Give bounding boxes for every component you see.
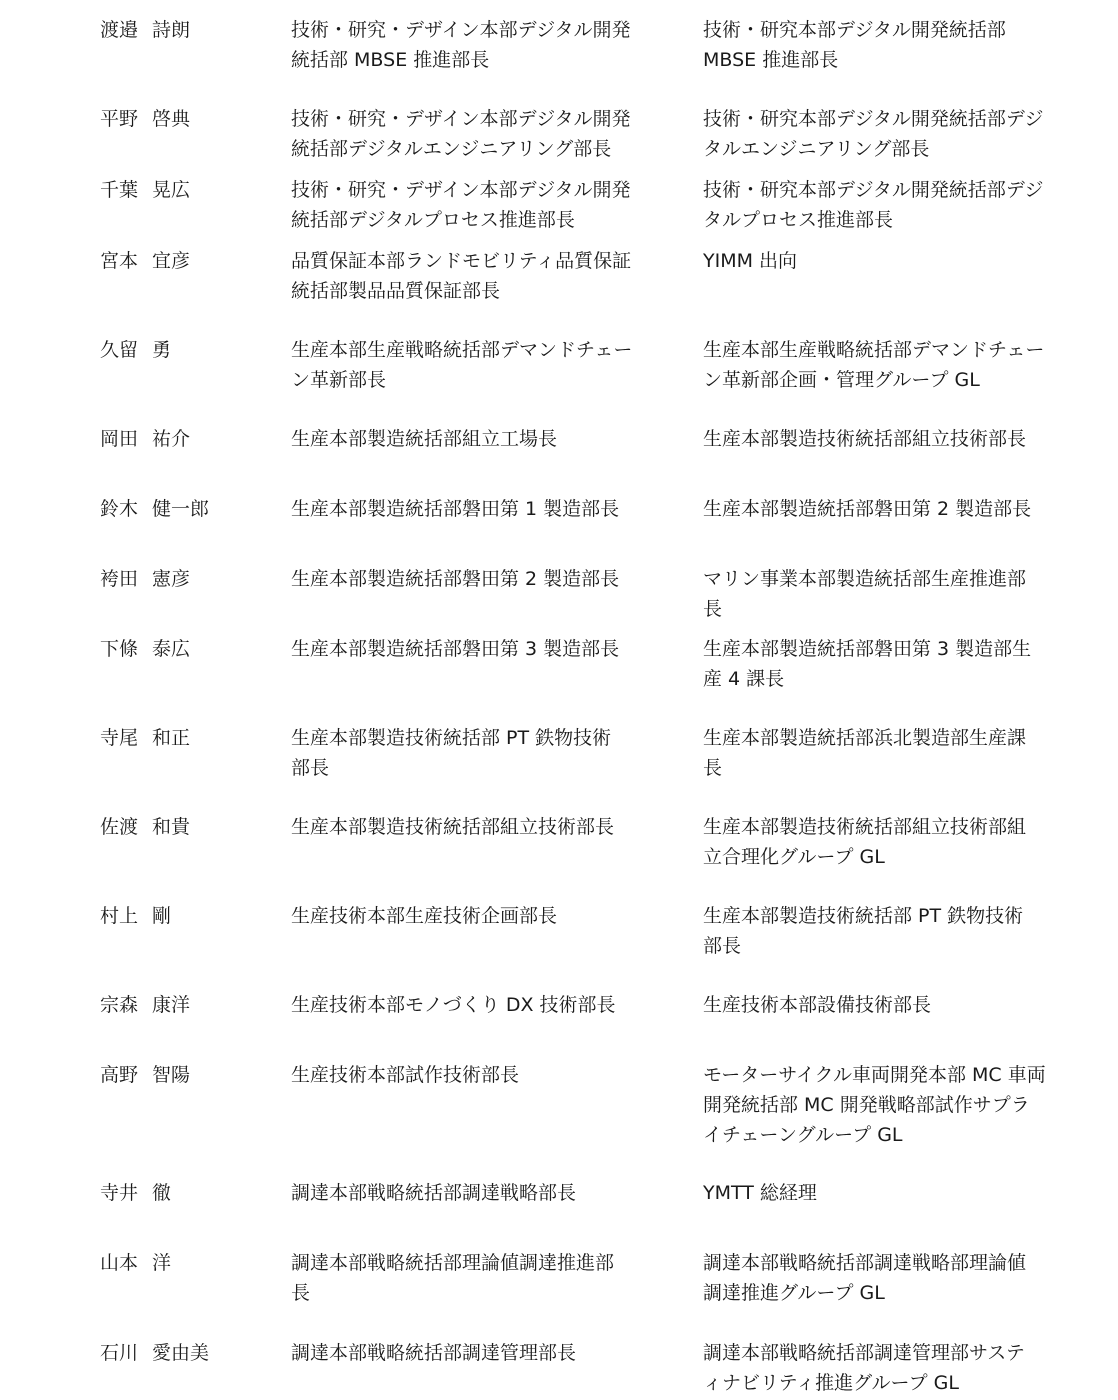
previous-position: 技術・研究・デザイン本部デジタル開発統括部デジタルプロセス推進部長 [291, 175, 683, 235]
previous-position-line: 生産技術本部試作技術部長 [291, 1060, 683, 1090]
given-name: 洋 [152, 1252, 171, 1274]
person-name: 渡邉詩朗 [100, 15, 280, 45]
previous-position-line: 品質保証本部ランドモビリティ品質保証 [291, 246, 683, 276]
given-name: 智陽 [152, 1064, 190, 1086]
previous-position-line: 部長 [291, 753, 683, 783]
given-name: 晃広 [152, 179, 190, 201]
new-position: 生産本部製造技術統括部組立技術部長 [703, 424, 1095, 484]
family-name: 石川 [100, 1342, 138, 1364]
previous-position-line: 生産本部製造技術統括部組立技術部長 [291, 812, 683, 842]
given-name: 憲彦 [152, 568, 190, 590]
previous-position-line: 調達本部戦略統括部調達戦略部長 [291, 1178, 683, 1208]
family-name: 村上 [100, 905, 138, 927]
new-position-line: 部長 [703, 931, 1095, 961]
new-position-line: 生産技術本部設備技術部長 [703, 990, 1095, 1020]
given-name: 愛由美 [152, 1342, 209, 1364]
previous-position: 調達本部戦略統括部調達戦略部長 [291, 1178, 683, 1238]
previous-position: 生産本部製造技術統括部 PT 鉄物技術部長 [291, 723, 683, 783]
family-name: 久留 [100, 339, 138, 361]
new-position-line: タルエンジニアリング部長 [703, 134, 1095, 164]
previous-position: 調達本部戦略統括部調達管理部長 [291, 1338, 683, 1398]
given-name: 勇 [152, 339, 171, 361]
previous-position-line [291, 931, 683, 961]
given-name: 啓典 [152, 108, 190, 130]
previous-position: 生産技術本部試作技術部長 [291, 1060, 683, 1150]
new-position-line: 調達推進グループ GL [703, 1278, 1095, 1308]
new-position: 技術・研究本部デジタル開発統括部MBSE 推進部長 [703, 15, 1095, 75]
given-name: 徹 [152, 1182, 171, 1204]
new-position: 技術・研究本部デジタル開発統括部デジタルエンジニアリング部長 [703, 104, 1095, 164]
previous-position-line [291, 1208, 683, 1238]
family-name: 岡田 [100, 428, 138, 450]
previous-position-line [291, 454, 683, 484]
previous-position-line [291, 524, 683, 554]
new-position: 生産本部製造統括部磐田第 2 製造部長 [703, 494, 1095, 554]
person-name: 岡田祐介 [100, 424, 280, 454]
given-name: 泰広 [152, 638, 190, 660]
new-position-line: 生産本部製造統括部浜北製造部生産課 [703, 723, 1095, 753]
person-name: 高野智陽 [100, 1060, 280, 1090]
previous-position: 生産本部製造統括部磐田第 1 製造部長 [291, 494, 683, 554]
new-position-line [703, 454, 1095, 484]
previous-position: 調達本部戦略統括部理論値調達推進部長 [291, 1248, 683, 1308]
new-position: 生産本部製造統括部浜北製造部生産課長 [703, 723, 1095, 783]
new-position-line: マリン事業本部製造統括部生産推進部 [703, 564, 1095, 594]
new-position: 生産本部製造技術統括部 PT 鉄物技術部長 [703, 901, 1095, 961]
family-name: 寺尾 [100, 727, 138, 749]
previous-position-line [291, 1120, 683, 1150]
previous-position-line: 生産本部製造統括部磐田第 3 製造部長 [291, 634, 683, 664]
new-position-line: YMTT 総経理 [703, 1178, 1095, 1208]
previous-position-line: 統括部デジタルプロセス推進部長 [291, 205, 683, 235]
previous-position-line: 生産本部製造統括部磐田第 1 製造部長 [291, 494, 683, 524]
family-name: 袴田 [100, 568, 138, 590]
new-position: マリン事業本部製造統括部生産推進部長 [703, 564, 1095, 624]
new-position-line: 技術・研究本部デジタル開発統括部デジ [703, 104, 1095, 134]
new-position: 調達本部戦略統括部調達管理部サスティナビリティ推進グループ GL [703, 1338, 1095, 1398]
family-name: 佐渡 [100, 816, 138, 838]
previous-position-line: 統括部製品品質保証部長 [291, 276, 683, 306]
new-position: 生産本部製造統括部磐田第 3 製造部生産 4 課長 [703, 634, 1095, 694]
person-name: 鈴木健一郎 [100, 494, 280, 524]
new-position-line [703, 276, 1095, 306]
new-position: モーターサイクル車両開発本部 MC 車両開発統括部 MC 開発戦略部試作サプライ… [703, 1060, 1095, 1150]
given-name: 健一郎 [152, 498, 209, 520]
previous-position-line [291, 1090, 683, 1120]
person-name: 宮本宜彦 [100, 246, 280, 276]
previous-position-line: 調達本部戦略統括部理論値調達推進部 [291, 1248, 683, 1278]
new-position-line: 生産本部製造技術統括部組立技術部長 [703, 424, 1095, 454]
previous-position: 技術・研究・デザイン本部デジタル開発統括部 MBSE 推進部長 [291, 15, 683, 75]
previous-position: 品質保証本部ランドモビリティ品質保証統括部製品品質保証部長 [291, 246, 683, 306]
new-position-line: 生産本部製造統括部磐田第 3 製造部生 [703, 634, 1095, 664]
person-name: 袴田憲彦 [100, 564, 280, 594]
new-position: YMTT 総経理 [703, 1178, 1095, 1238]
previous-position: 生産技術本部モノづくり DX 技術部長 [291, 990, 683, 1050]
family-name: 鈴木 [100, 498, 138, 520]
previous-position-line: ン革新部長 [291, 365, 683, 395]
new-position-line: 調達本部戦略統括部調達戦略部理論値 [703, 1248, 1095, 1278]
previous-position-line [291, 1020, 683, 1050]
previous-position-line [291, 842, 683, 872]
previous-position-line: 統括部デジタルエンジニアリング部長 [291, 134, 683, 164]
family-name: 宮本 [100, 250, 138, 272]
family-name: 渡邉 [100, 19, 138, 41]
new-position-line: 生産本部製造技術統括部 PT 鉄物技術 [703, 901, 1095, 931]
person-name: 石川愛由美 [100, 1338, 280, 1368]
new-position-line: 生産本部製造統括部磐田第 2 製造部長 [703, 494, 1095, 524]
given-name: 詩朗 [152, 19, 190, 41]
given-name: 康洋 [152, 994, 190, 1016]
new-position: 生産本部製造技術統括部組立技術部組立合理化グループ GL [703, 812, 1095, 872]
new-position-line: ン革新部企画・管理グループ GL [703, 365, 1095, 395]
given-name: 和貴 [152, 816, 190, 838]
previous-position: 生産本部製造統括部磐田第 2 製造部長 [291, 564, 683, 624]
new-position-line: ィナビリティ推進グループ GL [703, 1368, 1095, 1398]
new-position-line: タルプロセス推進部長 [703, 205, 1095, 235]
previous-position: 生産本部製造技術統括部組立技術部長 [291, 812, 683, 872]
new-position-line: イチェーングループ GL [703, 1120, 1095, 1150]
previous-position: 技術・研究・デザイン本部デジタル開発統括部デジタルエンジニアリング部長 [291, 104, 683, 164]
previous-position-line: 生産本部製造技術統括部 PT 鉄物技術 [291, 723, 683, 753]
person-name: 下條泰広 [100, 634, 280, 664]
previous-position-line [291, 594, 683, 624]
previous-position-line: 長 [291, 1278, 683, 1308]
previous-position: 生産本部製造統括部組立工場長 [291, 424, 683, 484]
previous-position-line: 生産本部製造統括部磐田第 2 製造部長 [291, 564, 683, 594]
previous-position: 生産本部生産戦略統括部デマンドチェーン革新部長 [291, 335, 683, 395]
previous-position-line: 生産本部生産戦略統括部デマンドチェー [291, 335, 683, 365]
person-name: 千葉晃広 [100, 175, 280, 205]
previous-position-line: 生産技術本部モノづくり DX 技術部長 [291, 990, 683, 1020]
new-position-line: 生産本部生産戦略統括部デマンドチェー [703, 335, 1095, 365]
given-name: 和正 [152, 727, 190, 749]
person-name: 久留勇 [100, 335, 280, 365]
new-position: 調達本部戦略統括部調達戦略部理論値調達推進グループ GL [703, 1248, 1095, 1308]
person-name: 平野啓典 [100, 104, 280, 134]
new-position-line: 長 [703, 594, 1095, 624]
previous-position-line [291, 1368, 683, 1398]
previous-position-line [291, 664, 683, 694]
previous-position-line: 生産技術本部生産技術企画部長 [291, 901, 683, 931]
new-position: 技術・研究本部デジタル開発統括部デジタルプロセス推進部長 [703, 175, 1095, 235]
family-name: 山本 [100, 1252, 138, 1274]
previous-position-line: 技術・研究・デザイン本部デジタル開発 [291, 175, 683, 205]
new-position-line: 産 4 課長 [703, 664, 1095, 694]
family-name: 宗森 [100, 994, 138, 1016]
new-position: 生産本部生産戦略統括部デマンドチェーン革新部企画・管理グループ GL [703, 335, 1095, 395]
new-position-line: 開発統括部 MC 開発戦略部試作サプラ [703, 1090, 1095, 1120]
person-name: 佐渡和貴 [100, 812, 280, 842]
new-position-line: モーターサイクル車両開発本部 MC 車両 [703, 1060, 1095, 1090]
new-position-line: 生産本部製造技術統括部組立技術部組 [703, 812, 1095, 842]
new-position-line [703, 1020, 1095, 1050]
new-position-line [703, 1208, 1095, 1238]
previous-position: 生産本部製造統括部磐田第 3 製造部長 [291, 634, 683, 694]
new-position-line: MBSE 推進部長 [703, 45, 1095, 75]
previous-position-line: 統括部 MBSE 推進部長 [291, 45, 683, 75]
new-position-line: YIMM 出向 [703, 246, 1095, 276]
previous-position-line: 生産本部製造統括部組立工場長 [291, 424, 683, 454]
new-position-line: 調達本部戦略統括部調達管理部サステ [703, 1338, 1095, 1368]
family-name: 千葉 [100, 179, 138, 201]
family-name: 平野 [100, 108, 138, 130]
new-position-line: 立合理化グループ GL [703, 842, 1095, 872]
new-position-line: 技術・研究本部デジタル開発統括部デジ [703, 175, 1095, 205]
given-name: 宜彦 [152, 250, 190, 272]
family-name: 高野 [100, 1064, 138, 1086]
person-name: 村上剛 [100, 901, 280, 931]
family-name: 寺井 [100, 1182, 138, 1204]
new-position: 生産技術本部設備技術部長 [703, 990, 1095, 1050]
person-name: 宗森康洋 [100, 990, 280, 1020]
new-position: YIMM 出向 [703, 246, 1095, 306]
given-name: 祐介 [152, 428, 190, 450]
given-name: 剛 [152, 905, 171, 927]
person-name: 寺井徹 [100, 1178, 280, 1208]
new-position-line: 長 [703, 753, 1095, 783]
person-name: 山本洋 [100, 1248, 280, 1278]
new-position-line: 技術・研究本部デジタル開発統括部 [703, 15, 1095, 45]
previous-position-line: 技術・研究・デザイン本部デジタル開発 [291, 15, 683, 45]
previous-position: 生産技術本部生産技術企画部長 [291, 901, 683, 961]
person-name: 寺尾和正 [100, 723, 280, 753]
previous-position-line: 調達本部戦略統括部調達管理部長 [291, 1338, 683, 1368]
family-name: 下條 [100, 638, 138, 660]
previous-position-line: 技術・研究・デザイン本部デジタル開発 [291, 104, 683, 134]
new-position-line [703, 524, 1095, 554]
